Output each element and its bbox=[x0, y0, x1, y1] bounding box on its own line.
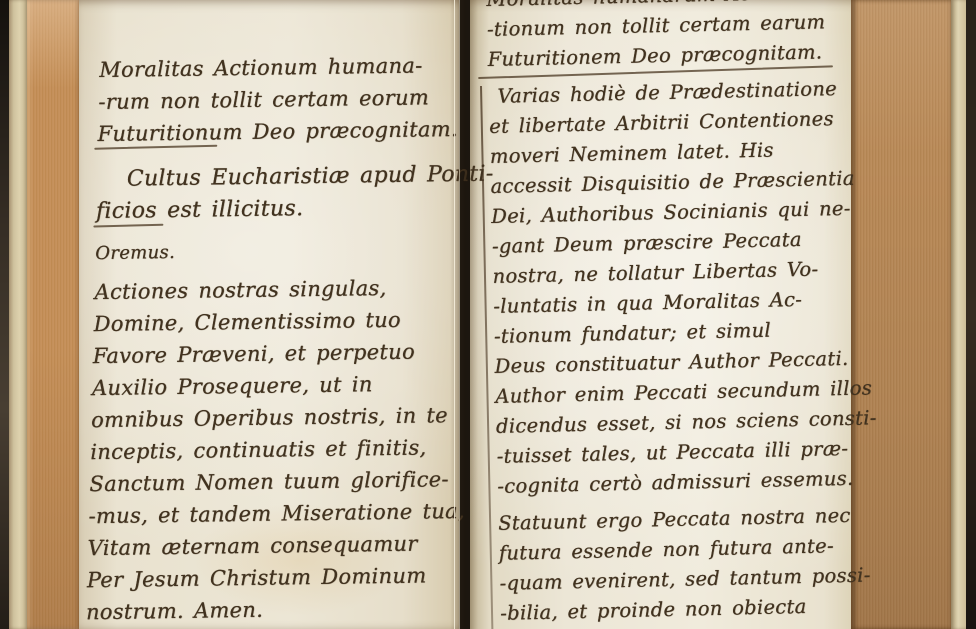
manuscript-line: omnibus Operibus nostris, in te bbox=[91, 399, 456, 436]
right-page: Moralitas humanarum Ac--tionum non tolli… bbox=[470, 0, 854, 629]
ink-text: -rum non tollit certam eorum bbox=[98, 81, 429, 118]
ink-text: Favore Præveni, et perpetuo bbox=[93, 336, 416, 372]
left-foredge-pages bbox=[27, 0, 81, 629]
manuscript-line: Futuritionum Deo præcognitam. bbox=[97, 113, 452, 150]
ink-text: inceptis, continuatis et finitis, bbox=[90, 431, 427, 468]
ink-text: Cultus Eucharistiæ apud Ponti- bbox=[127, 159, 494, 196]
ink-text: Futuritionum Deo præcognitam. bbox=[97, 113, 458, 150]
ink-text: Vitam æternam consequamur bbox=[87, 528, 417, 565]
text-block: Cultus Eucharistiæ apud Ponti-ficios est… bbox=[101, 159, 454, 228]
manuscript-line: Auxilio Prosequere, ut in bbox=[92, 367, 456, 404]
manuscript-line: Sanctum Nomen tuum glorifice- bbox=[89, 463, 457, 500]
ink-text: -mus, et tandem Miseratione tua, bbox=[88, 495, 465, 532]
ink-text: Sanctum Nomen tuum glorifice- bbox=[89, 463, 449, 500]
ink-text: Actiones nostras singulas, bbox=[94, 272, 386, 308]
ink-text: Moralitas Actionum humana- bbox=[99, 49, 423, 86]
right-page-text: Moralitas humanarum Ac--tionum non tolli… bbox=[486, 0, 863, 629]
right-board-edge bbox=[966, 0, 976, 629]
manuscript-line: -rum non tollit certam eorum bbox=[98, 81, 452, 118]
manuscript-line: -mus, et tandem Miseratione tua, bbox=[88, 495, 457, 532]
manuscript-line: ficios est illicitus. bbox=[96, 191, 454, 228]
manuscript-line: Actiones nostras singulas, bbox=[94, 271, 454, 308]
book-photo: Moralitas Actionum humana--rum non tolli… bbox=[0, 0, 976, 629]
gutter-shadow bbox=[450, 0, 478, 629]
left-cover-strip bbox=[9, 0, 28, 629]
left-page-text: Moralitas Actionum humana--rum non tolli… bbox=[99, 49, 459, 629]
manuscript-line: Moralitas Actionum humana- bbox=[99, 49, 451, 86]
text-block: Oremus. bbox=[102, 233, 454, 270]
ink-text: Oremus. bbox=[95, 237, 175, 270]
text-block: Varias hodiè de Prædestinationeet libert… bbox=[488, 74, 859, 502]
text-block: Moralitas humanarum Ac--tionum non tolli… bbox=[486, 0, 850, 75]
ink-text: Futuritionem Deo præcognitam. bbox=[487, 37, 822, 75]
right-foredge-pages bbox=[851, 0, 954, 629]
text-block: Statuunt ergo Peccata nostra necfutura e… bbox=[498, 501, 863, 629]
manuscript-line: Per Jesum Christum Dominum bbox=[87, 559, 459, 596]
ink-text: omnibus Operibus nostris, in te bbox=[91, 399, 448, 436]
text-block: Moralitas Actionum humana--rum non tolli… bbox=[99, 49, 452, 150]
left-page: Moralitas Actionum humana--rum non tolli… bbox=[79, 0, 459, 629]
manuscript-line: Vitam æternam consequamur bbox=[87, 527, 458, 564]
ink-text: Per Jesum Christum Dominum bbox=[87, 559, 427, 596]
ink-text: -bilia, et proinde non obiecta bbox=[500, 592, 807, 629]
text-block: Actiones nostras singulas,Domine, Clemen… bbox=[102, 271, 459, 628]
manuscript-line: nostrum. Amen. bbox=[86, 591, 459, 628]
ink-text: Domine, Clementissimo tuo bbox=[93, 304, 401, 340]
manuscript-line: inceptis, continuatis et finitis, bbox=[90, 431, 457, 468]
manuscript-line: Oremus. bbox=[95, 233, 454, 270]
ink-text: Auxilio Prosequere, ut in bbox=[92, 368, 373, 404]
ink-text: ficios est illicitus. bbox=[96, 193, 304, 228]
manuscript-line: Cultus Eucharistiæ apud Ponti- bbox=[97, 159, 453, 196]
manuscript-line: Domine, Clementissimo tuo bbox=[93, 303, 455, 340]
manuscript-line: Favore Præveni, et perpetuo bbox=[93, 335, 456, 372]
ink-text: nostrum. Amen. bbox=[86, 594, 264, 628]
